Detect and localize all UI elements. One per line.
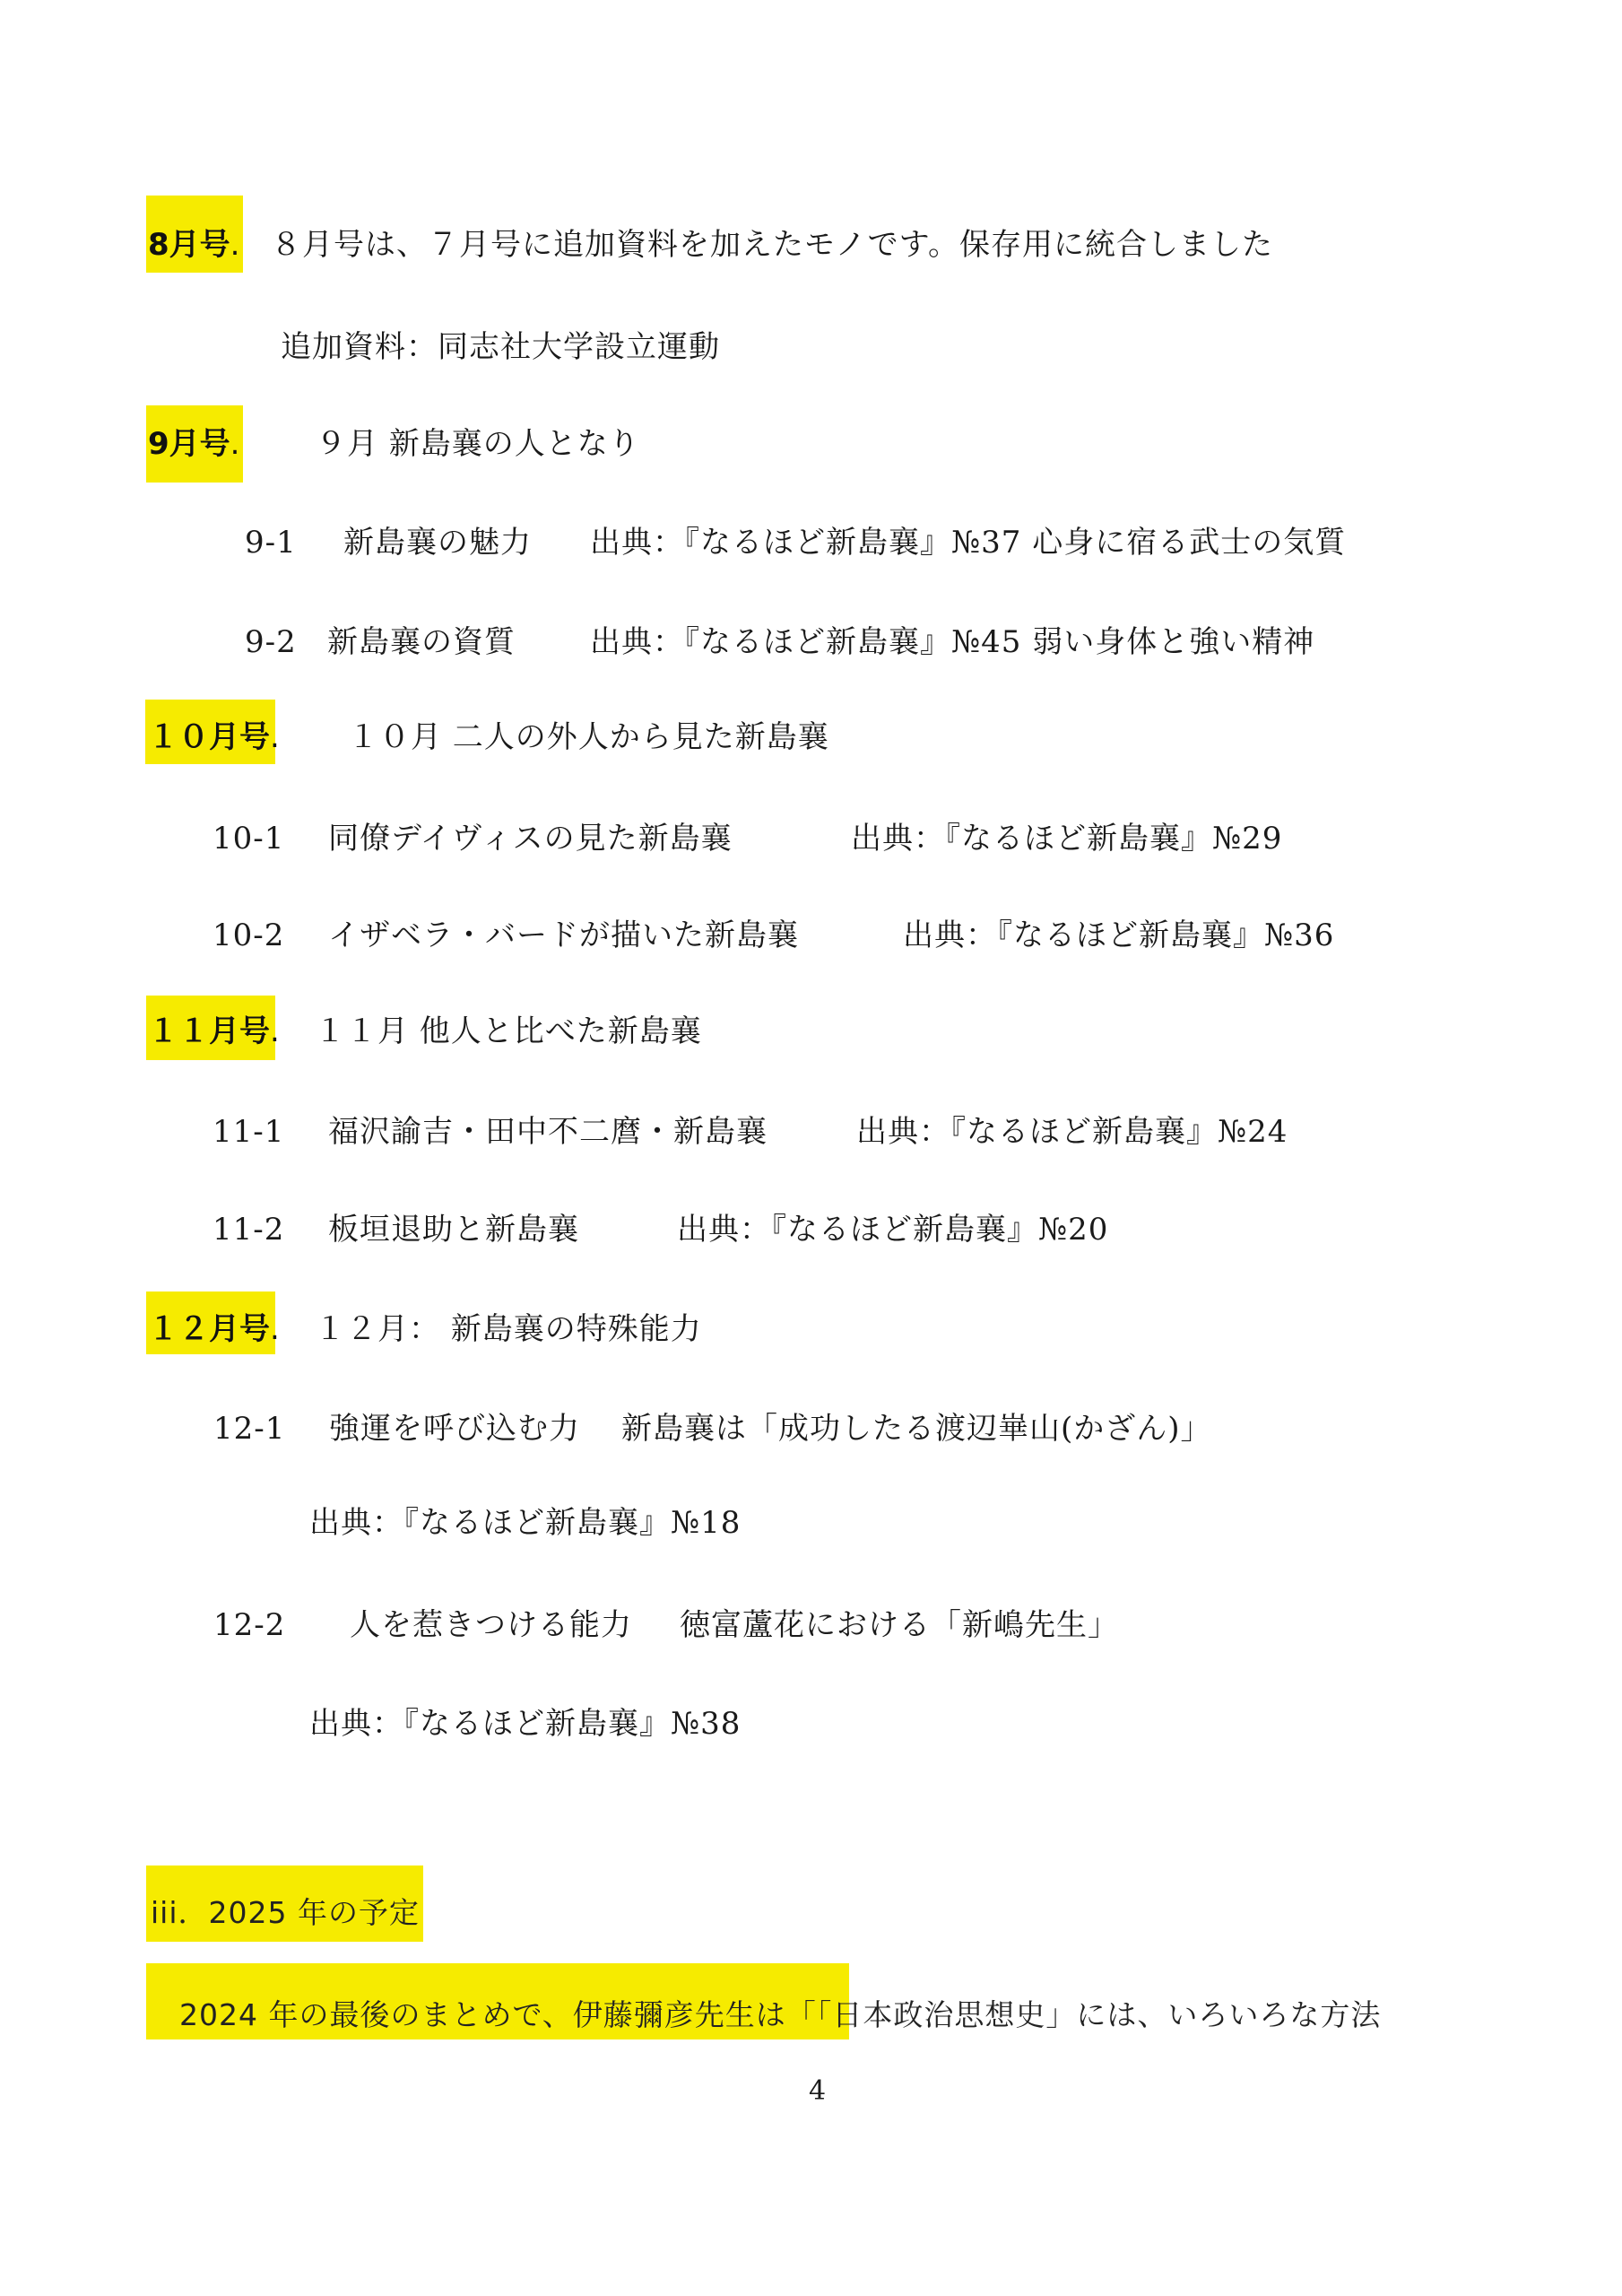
list-item: 12-1 強運を呼び込む力 新島襄は「成功したる渡辺崋山(かざん)」 <box>213 1409 1379 1448</box>
item-number: 9-2 <box>245 622 297 662</box>
item-number: 10-1 <box>213 819 284 858</box>
issue-title-august: ８月号は、７月号に追加資料を加えたモノです。保存用に統合しました <box>271 225 1273 265</box>
item-title: 新島襄の魅力 <box>343 523 532 562</box>
item-source: 出典：『なるほど新島襄』№18 <box>309 1503 741 1543</box>
page-number: 4 <box>809 2072 827 2111</box>
list-item: 9-1 新島襄の魅力 出典：『なるほど新島襄』№37 心身に宿る武士の気質 <box>245 523 1410 562</box>
item-number: 11-1 <box>213 1112 284 1152</box>
list-item: 11-2 板垣退助と新島襄 出典：『なるほど新島襄』№20 <box>213 1210 1378 1249</box>
item-number: 12-1 <box>213 1409 285 1448</box>
item-source: 出典：『なるほど新島襄』№29 <box>851 819 1282 858</box>
item-title: 人を惹きつける能力 <box>350 1605 632 1645</box>
issue-label-december: １２月号. <box>148 1309 280 1349</box>
item-subtitle: 徳富蘆花における「新嶋先生」 <box>680 1605 1119 1645</box>
item-number: 10-2 <box>213 916 284 955</box>
list-item: 11-1 福沢諭吉・田中不二麿・新島襄 出典：『なるほど新島襄』№24 <box>213 1112 1378 1152</box>
item-number: 11-2 <box>213 1210 284 1249</box>
item-number: 9-1 <box>245 523 297 562</box>
item-source: 出典：『なるほど新島襄』№36 <box>903 916 1334 955</box>
section-paragraph: 2024 年の最後のまとめで、伊藤彌彦先生は「「日本政治思想史」には、いろいろな… <box>179 1996 1381 2035</box>
document-page: 8月号. ８月号は、７月号に追加資料を加えたモノです。保存用に統合しました 追加… <box>0 0 1622 2296</box>
list-item: 10-1 同僚デイヴィスの見た新島襄 出典：『なるほど新島襄』№29 <box>213 819 1378 858</box>
item-number: 12-2 <box>213 1605 285 1645</box>
item-source: 出典：『なるほど新島襄』№24 <box>856 1112 1288 1152</box>
list-item: 10-2 イザベラ・バードが描いた新島襄 出典：『なるほど新島襄』№36 <box>213 916 1378 955</box>
section-heading: iii．2025 年の予定 <box>151 1893 420 1933</box>
issue-note-august: 追加資料：同志社大学設立運動 <box>281 327 720 367</box>
item-title: 福沢諭吉・田中不二麿・新島襄 <box>328 1112 768 1152</box>
list-item: 12-2 人を惹きつける能力 徳富蘆花における「新嶋先生」 <box>213 1605 1379 1645</box>
item-title: イザベラ・バードが描いた新島襄 <box>328 916 799 955</box>
item-source: 出典：『なるほど新島襄』№37 心身に宿る武士の気質 <box>590 523 1346 562</box>
item-title: 強運を呼び込む力 <box>329 1409 580 1448</box>
issue-title-october: １０月 二人の外人から見た新島襄 <box>348 717 829 757</box>
issue-title-december: １２月： 新島襄の特殊能力 <box>315 1309 702 1349</box>
item-subtitle: 新島襄は「成功したる渡辺崋山(かざん)」 <box>621 1409 1212 1448</box>
issue-label-september: 9月号. <box>148 424 239 464</box>
item-title: 新島襄の資質 <box>327 622 516 662</box>
issue-title-november: １１月 他人と比べた新島襄 <box>315 1012 702 1051</box>
issue-label-november: １１月号. <box>148 1012 280 1051</box>
issue-title-september: ９月 新島襄の人となり <box>316 424 640 464</box>
issue-label-october: １０月号. <box>148 717 280 757</box>
item-title: 板垣退助と新島襄 <box>328 1210 579 1249</box>
item-source: 出典：『なるほど新島襄』№20 <box>677 1210 1108 1249</box>
issue-label-august: 8月号. <box>148 225 239 265</box>
item-title: 同僚デイヴィスの見た新島襄 <box>328 819 733 858</box>
item-source: 出典：『なるほど新島襄』№45 弱い身体と強い精神 <box>590 622 1314 662</box>
item-source: 出典：『なるほど新島襄』№38 <box>309 1704 741 1744</box>
list-item: 9-2 新島襄の資質 出典：『なるほど新島襄』№45 弱い身体と強い精神 <box>245 622 1410 662</box>
